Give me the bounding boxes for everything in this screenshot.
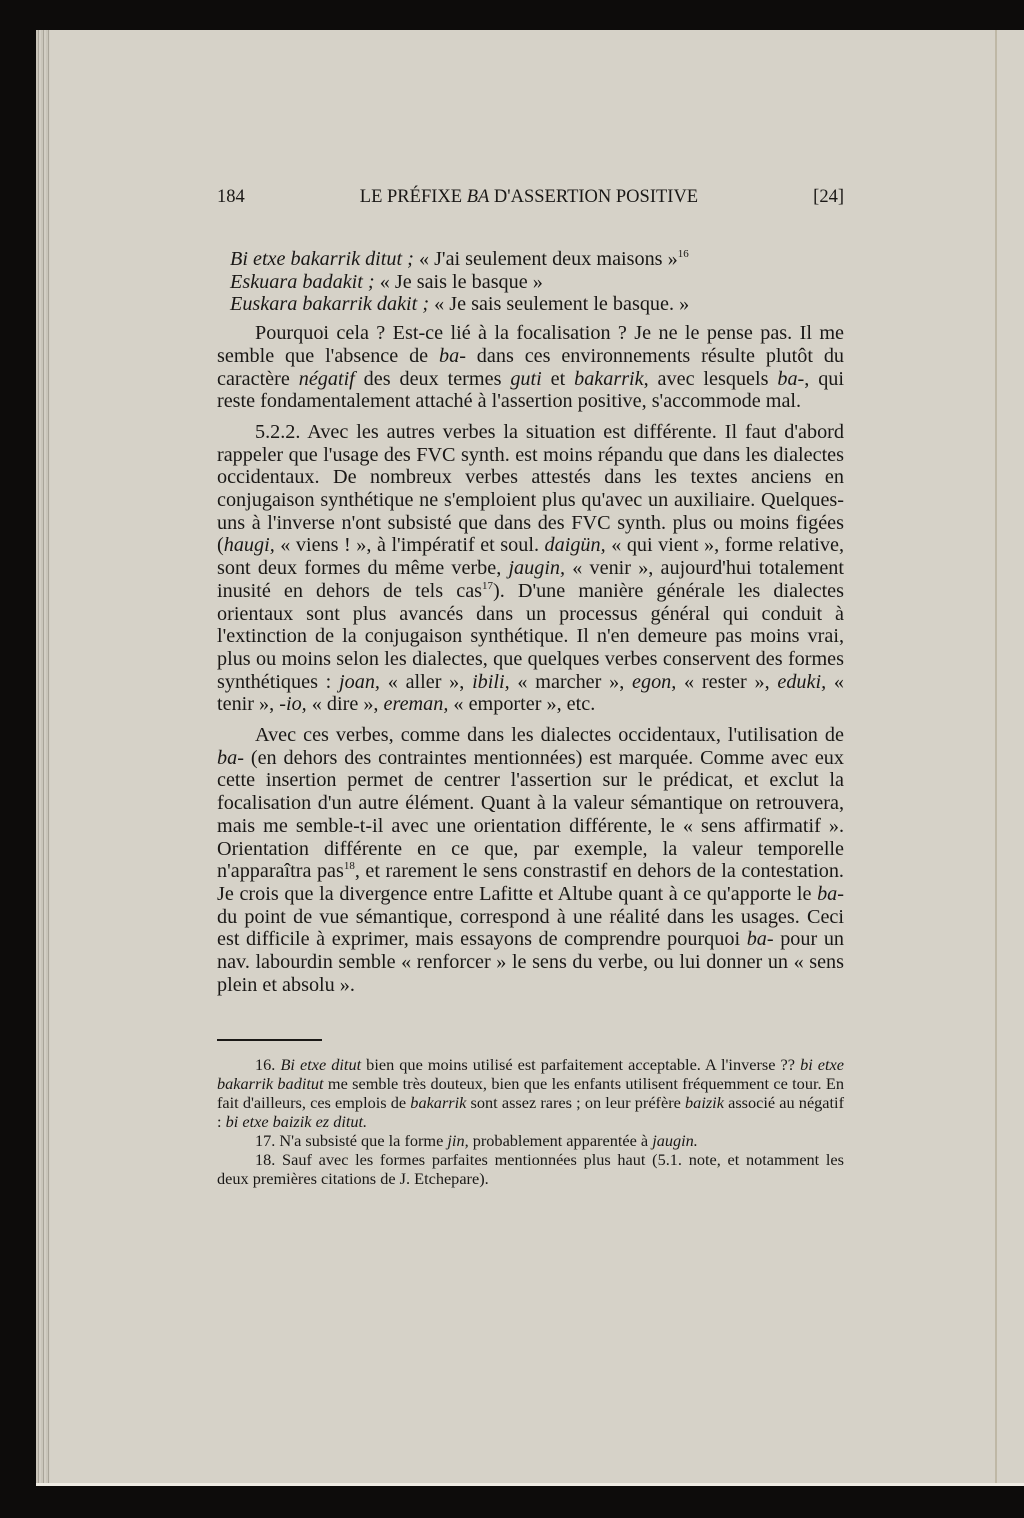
text-italic: baizik [685,1093,724,1112]
running-title-part: LE PRÉFIXE [360,187,467,207]
text: et [542,368,574,390]
text: 18. Sauf avec les formes parfaites menti… [217,1150,844,1188]
text-italic: jin, [447,1131,468,1150]
text-italic: jaugin, [508,557,565,579]
text: « aller », [380,671,472,693]
footnotes: 16. Bi etxe ditut bien que moins utilisé… [217,1055,844,1188]
footnote-ref[interactable]: 16 [678,248,689,260]
text-italic: Bi etxe ditut [280,1055,361,1074]
paragraph-2: 5.2.2. Avec les autres verbes la situati… [217,421,844,716]
text: « dire », [307,693,384,715]
text-italic: daigün, [545,534,606,556]
text-italic: jaugin. [652,1131,698,1150]
text-italic: bakarrik [574,368,644,390]
text-italic: guti [510,368,541,390]
running-title-italic: BA [467,187,490,207]
footnote-16: 16. Bi etxe ditut bien que moins utilisé… [217,1055,844,1131]
text-italic: négatif [299,368,355,390]
text-italic: bi etxe baizik ez ditut. [226,1112,368,1131]
text-italic: ba- [777,368,804,390]
section-number: [24] [813,186,844,208]
example-line: Bi etxe bakarrik ditut ; « J'ai seulemen… [230,248,844,271]
footnote-18: 18. Sauf avec les formes parfaites menti… [217,1150,844,1188]
example-gloss: « Je sais seulement le basque. » [429,293,689,315]
text-italic: ba- [217,747,244,769]
example-basque: Eskuara badakit ; [230,271,375,293]
text-italic: egon, [632,671,676,693]
example-basque: Euskara bakarrik dakit ; [230,293,429,315]
page-stack-edges [36,30,50,1485]
text-italic: ereman, [384,693,449,715]
page-fold-line [995,30,997,1485]
text: Avec ces verbes, comme dans les dialecte… [255,724,844,746]
example-line: Eskuara badakit ; « Je sais le basque » [230,271,844,294]
example-gloss: « Je sais le basque » [375,271,543,293]
text: « emporter », etc. [448,693,595,715]
text-italic: ba- [747,928,774,950]
page-number: 184 [217,186,245,208]
text: « rester », [676,671,777,693]
text-italic: ibili, [472,671,510,693]
text: 17. N'a subsisté que la forme [255,1131,447,1150]
paragraph-1: Pourquoi cela ? Est-ce lié à la focalisa… [217,322,844,413]
running-title-part: D'ASSERTION POSITIVE [489,187,698,207]
page-bottom-edge [36,1483,1024,1486]
text: sont assez rares ; on leur préfère [466,1093,685,1112]
text: « viens ! », à l'impératif et soul. [275,534,545,556]
text-italic: joan, [339,671,380,693]
example-gloss: « J'ai seulement deux maisons » [414,248,678,270]
example-line: Euskara bakarrik dakit ; « Je sais seule… [230,293,844,316]
text-italic: -io, [279,693,306,715]
text: , avec lesquels [644,368,778,390]
text: probablement apparentée à [469,1131,653,1150]
example-list: Bi etxe bakarrik ditut ; « J'ai seulemen… [217,248,844,316]
text: bien que moins utilisé est parfaitement … [361,1055,800,1074]
paragraph-3: Avec ces verbes, comme dans les dialecte… [217,724,844,996]
running-head: 184 LE PRÉFIXE BA D'ASSERTION POSITIVE [… [217,186,844,208]
text-italic: eduki, [777,671,826,693]
page-content: 184 LE PRÉFIXE BA D'ASSERTION POSITIVE [… [217,186,844,1188]
example-basque: Bi etxe bakarrik ditut ; [230,248,414,270]
footnote-ref[interactable]: 18 [344,860,355,872]
text-italic: ba- [439,345,466,367]
footnote-17: 17. N'a subsisté que la forme jin, proba… [217,1131,844,1150]
text-italic: bakarrik [410,1093,466,1112]
footnote-ref[interactable]: 17 [482,580,493,592]
text: 16. [255,1055,280,1074]
text: « marcher », [510,671,632,693]
text-italic: haugi, [224,534,275,556]
text: des deux termes [355,368,511,390]
footnote-divider [217,1039,322,1041]
text-italic: ba- [817,883,844,905]
running-title: LE PRÉFIXE BA D'ASSERTION POSITIVE [360,186,698,208]
